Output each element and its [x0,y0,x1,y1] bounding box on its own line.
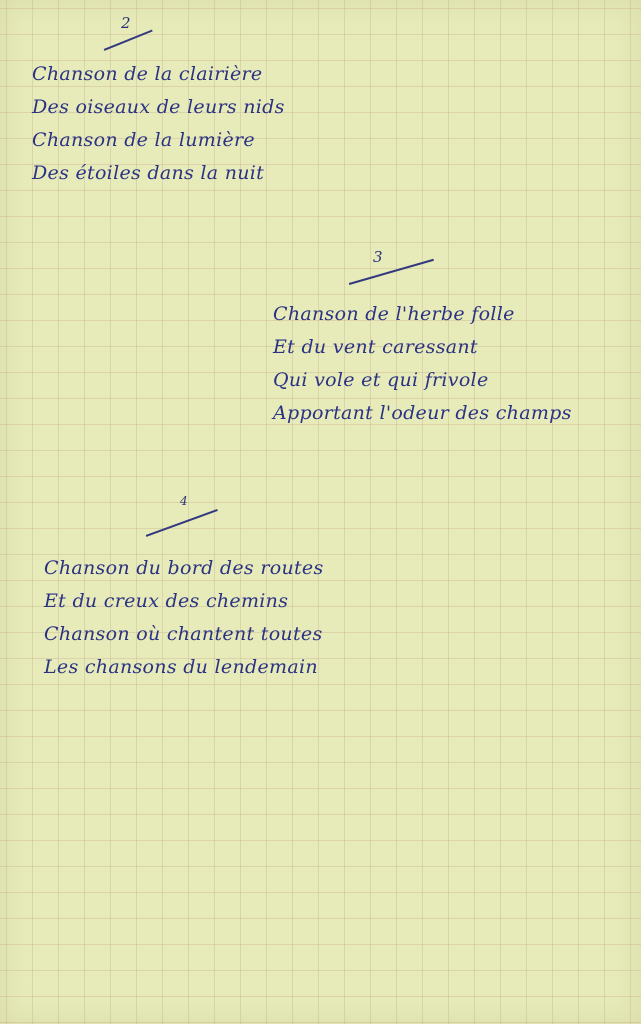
stanza-underline [146,509,218,536]
stanza-4: 4 Chanson du bord des routes Et du creux… [0,0,641,720]
verse-line: Chanson du bord des routes [44,552,324,585]
stanza-number: 4 [180,494,188,508]
verse-line: Les chansons du lendemain [44,651,324,684]
verse-line: Chanson où chantent toutes [44,618,324,651]
verse-line: Et du creux des chemins [44,585,324,618]
manuscript-page: 2 Chanson de la clairière Des oiseaux de… [0,0,641,1024]
